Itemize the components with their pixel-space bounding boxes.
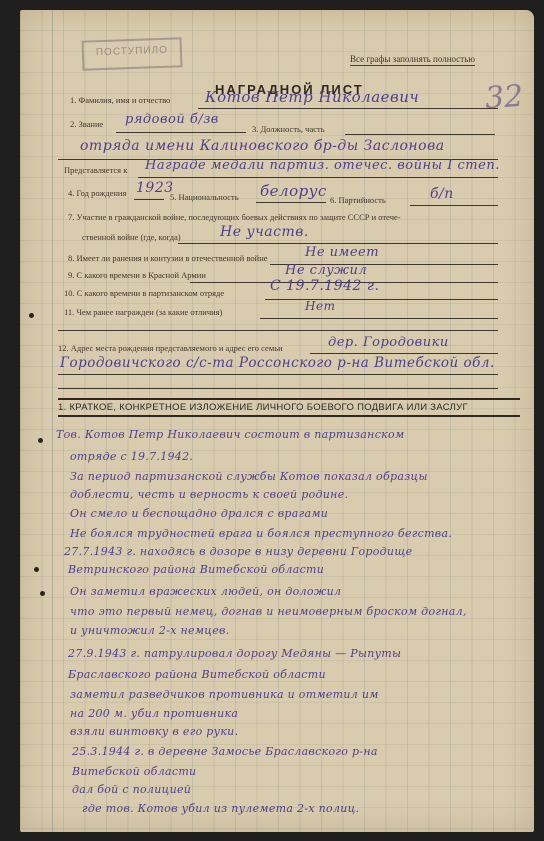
field-4-line: [134, 199, 164, 200]
field-1-label: 1. Фамилия, имя и отчество: [70, 95, 170, 105]
field-12-line-2: [58, 374, 498, 375]
award-label: Представляется к: [64, 165, 127, 175]
narrative-line: Тов. Котов Петр Николаевич состоит в пар…: [56, 428, 404, 441]
field-2-value: рядовой б/зв: [125, 112, 219, 127]
narrative-line: где тов. Котов убил из пулемета 2-х поли…: [82, 802, 359, 815]
narrative-line: дал бой с полицией: [72, 783, 191, 796]
punch-hole: [38, 438, 43, 443]
punch-hole: [34, 567, 39, 572]
field-8-value: Не имеет: [305, 245, 379, 260]
field-12-label: 12. Адрес места рождения представляемого…: [58, 343, 283, 353]
award-line: [138, 177, 498, 178]
narrative-line: Витебской области: [72, 765, 196, 778]
field-7-label: 7. Участие в гражданской войне, последую…: [68, 212, 401, 222]
section-rule-top: [58, 398, 520, 400]
punch-hole: [29, 313, 34, 318]
narrative-line: заметил разведчиков противника и отметил…: [70, 688, 379, 701]
narrative-line: Не боялся трудностей врага и боялся прес…: [70, 527, 452, 540]
field-11-label: 11. Чем ранее награжден (за какие отличи…: [64, 307, 222, 317]
narrative-line: что это первый немец, догнав и неимоверн…: [70, 605, 467, 618]
field-5-label: 5. Национальность: [170, 192, 239, 202]
field-12-value-1: дер. Городовики: [328, 335, 449, 350]
field-11-line: [260, 318, 498, 319]
narrative-line: Ветринского района Витебской области: [68, 563, 324, 576]
narrative-line: отряде с 19.7.1942.: [70, 450, 193, 463]
field-3-label: 3. Должность, часть: [252, 124, 325, 134]
margin-line: [52, 10, 53, 832]
field-12-value-2: Городовичского с/с-та Россонского р-на В…: [60, 355, 495, 371]
field-8-label: 8. Имеет ли ранения и контузии в отечест…: [68, 253, 268, 263]
field-7-label-2: ственной войне (где, когда): [82, 232, 181, 242]
field-2-line: [116, 132, 246, 133]
field-9-value: Не служил: [285, 263, 367, 278]
field-6-label: 6. Партийность: [330, 195, 386, 205]
narrative-line: За период партизанской службы Котов пока…: [70, 470, 428, 483]
narrative-line: Он заметил вражеских людей, он доложил: [70, 585, 341, 598]
narrative-line: 27.7.1943 г. находясь в дозоре в низу де…: [64, 545, 412, 558]
narrative-line: доблести, честь и верность к своей родин…: [70, 488, 348, 501]
award-value: Награде медали партиз. отечес. войны I с…: [145, 158, 500, 173]
field-1-value: Котов Петр Николаевич: [205, 88, 419, 106]
field-11-line-2: [58, 330, 498, 331]
field-10-label: 10. С какого времени в партизанском отря…: [64, 288, 224, 298]
field-12-line-3: [58, 388, 498, 389]
section-rule-bottom: [58, 415, 520, 417]
field-5-line: [256, 202, 326, 203]
narrative-line: Он смело и беспощадно дрался с врагами: [70, 507, 328, 520]
field-7-value: Не участв.: [220, 224, 309, 240]
punch-hole: [40, 591, 45, 596]
field-3-value: отряда имени Калиновского бр-ды Заслонов…: [80, 138, 445, 154]
field-12-line: [310, 353, 498, 354]
field-2-label: 2. Звание: [70, 119, 103, 129]
field-5-value: белорус: [260, 182, 327, 200]
award-sheet: ПОСТУПИЛО Все графы заполнять полностью …: [20, 10, 534, 832]
field-6-value: б/п: [430, 186, 454, 202]
field-10-line: [265, 299, 498, 300]
field-7-line: [178, 243, 498, 244]
narrative-line: 25.3.1944 г. в деревне Замосье Браславск…: [72, 745, 378, 758]
narrative-line: 27.9.1943 г. патрулировал дорогу Медяны …: [68, 647, 401, 660]
field-6-line: [410, 205, 498, 206]
fill-instruction: Все графы заполнять полностью: [350, 54, 475, 66]
field-3-line: [345, 134, 495, 135]
narrative-line: Браславского района Витебской области: [68, 668, 326, 681]
received-stamp: ПОСТУПИЛО: [82, 37, 183, 70]
field-11-value: Нет: [305, 299, 335, 313]
field-4-label: 4. Год рождения: [68, 188, 126, 198]
field-4-value: 1923: [136, 180, 174, 196]
narrative-line: на 200 м. убил противника: [70, 707, 238, 720]
field-1-line: [198, 108, 498, 109]
field-10-value: С 19.7.1942 г.: [270, 278, 379, 294]
narrative-line: и уничтожил 2-х немцев.: [70, 624, 230, 637]
section-title: 1. КРАТКОЕ, КОНКРЕТНОЕ ИЗЛОЖЕНИЕ ЛИЧНОГО…: [58, 402, 468, 413]
narrative-line: взяли винтовку в его руки.: [70, 725, 238, 738]
field-9-label: 9. С какого времени в Красной Армии: [68, 270, 206, 280]
page-number: 32: [484, 79, 525, 117]
